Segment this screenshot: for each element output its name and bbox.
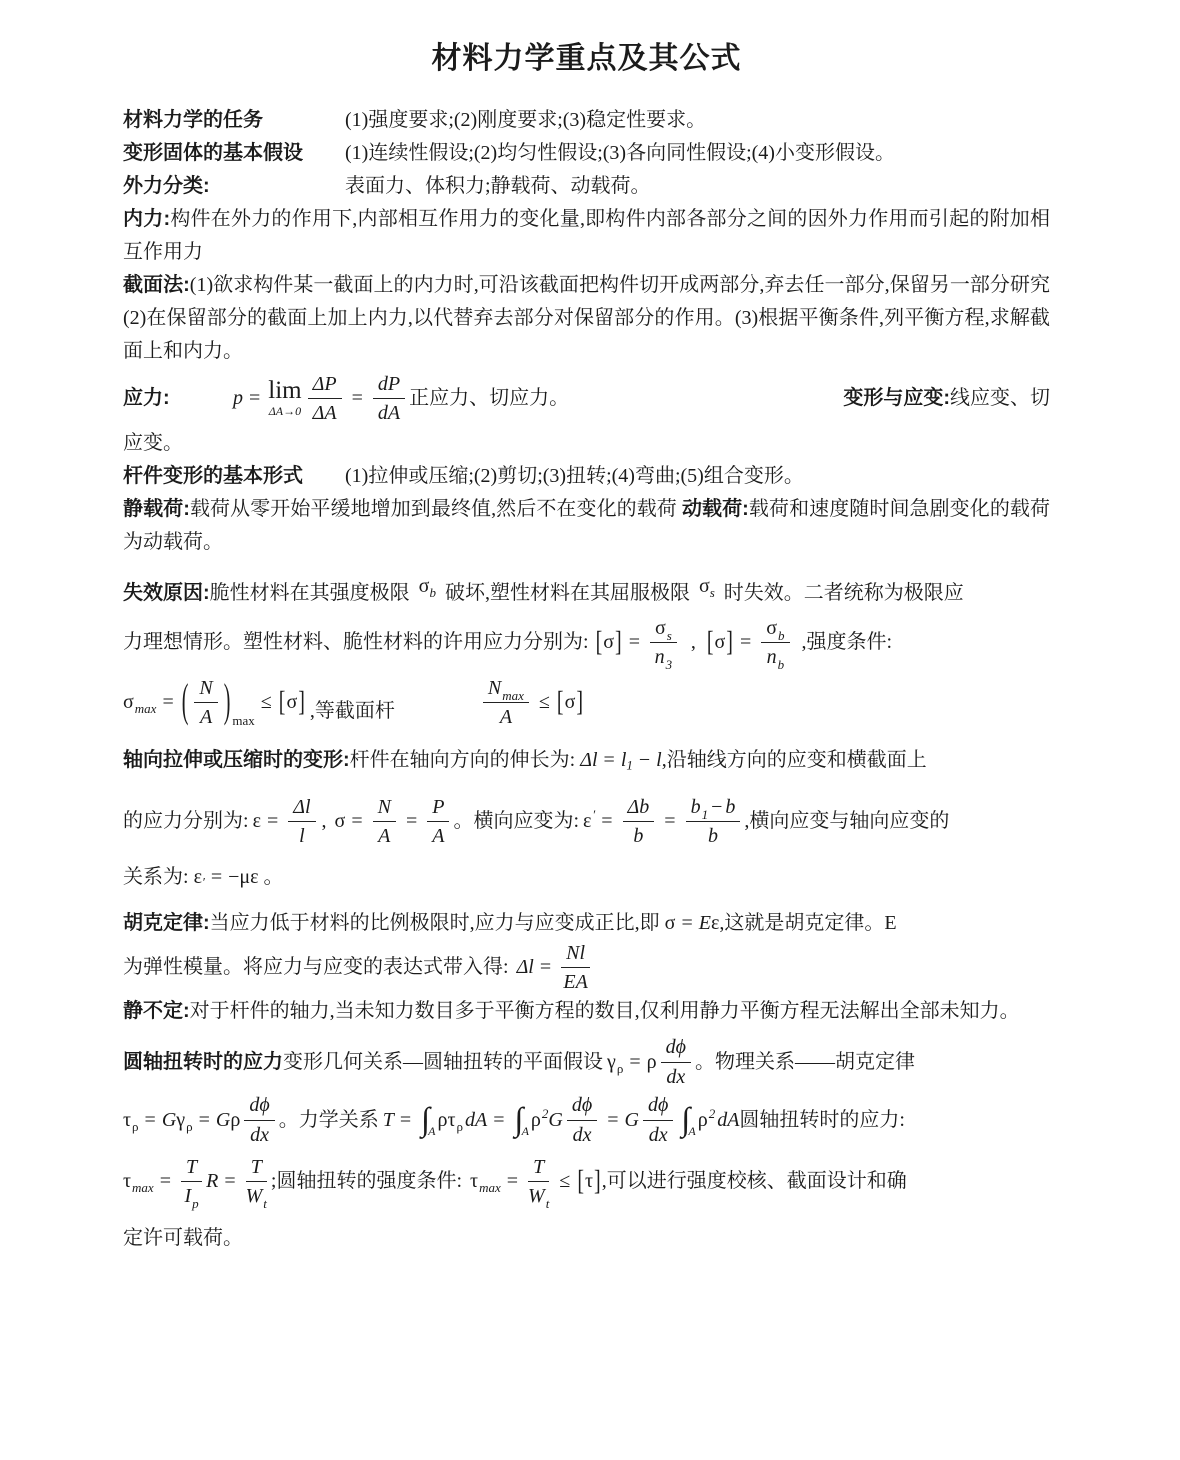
- math-token: G: [216, 1104, 230, 1137]
- text-run: 的应力分别为:: [123, 805, 249, 838]
- math-token: σ: [714, 626, 725, 659]
- denominator: b: [633, 822, 643, 847]
- math-token: σ: [419, 575, 430, 597]
- fraction: T Wt: [246, 1156, 267, 1208]
- math-token: ρτ: [438, 1104, 456, 1137]
- math-token: P: [432, 796, 444, 818]
- math-token: N: [488, 677, 501, 699]
- math-token: ′: [202, 875, 205, 890]
- math-token: ρ: [531, 1104, 541, 1137]
- numerator: T: [528, 1156, 549, 1182]
- math-token: E: [699, 912, 711, 934]
- fraction: σs n3: [650, 617, 677, 669]
- formula-tau-rho: τρ = Gγρ = Gρ dϕ dx: [123, 1094, 279, 1146]
- math-token: l: [299, 825, 305, 847]
- fraction: T Ip: [181, 1156, 202, 1208]
- term-text: (1)连续性假设;(2)均匀性假设;(3)各向同性假设;(4)小变形假设。: [345, 137, 895, 170]
- math-token: Δl: [517, 951, 534, 984]
- math-token: A: [432, 825, 444, 847]
- term-label: 应力:: [123, 382, 233, 415]
- numerator: Nmax: [483, 677, 529, 703]
- math-token: ρ: [230, 1104, 240, 1137]
- denominator: nb: [767, 643, 785, 668]
- axial-strain-line: 的应力分别为: ε = Δl l , σ = N A = P A 。横向应变为:: [123, 796, 1050, 848]
- formula-sigma-b: σb: [419, 570, 436, 604]
- denominator: dA: [378, 399, 400, 424]
- denominator: b: [708, 822, 718, 847]
- math-token: Δb: [628, 796, 650, 818]
- term-label: 外力分类:: [123, 170, 345, 203]
- math-token: =: [249, 382, 260, 415]
- formula-epsilon-prime: ε′ = Δb b = b1−b b: [583, 796, 744, 848]
- fraction: T Wt: [528, 1156, 549, 1208]
- math-token: 1: [702, 808, 709, 823]
- denominator: EA: [563, 968, 587, 993]
- numerator: T: [181, 1156, 202, 1182]
- math-token: Δl: [580, 749, 597, 771]
- text-run: 变形几何关系—圆轴扭转的平面假设: [283, 1046, 603, 1079]
- math-token: T: [251, 1156, 262, 1178]
- term-text: (1)拉伸或压缩;(2)剪切;(3)扭转;(4)弯曲;(5)组合变形。: [345, 460, 804, 493]
- fraction: b1−b b: [686, 796, 741, 848]
- math-token: ρ: [698, 1104, 708, 1137]
- math-token: t: [546, 1197, 550, 1212]
- numerator: ΔP: [308, 373, 342, 399]
- math-token: b: [778, 658, 785, 673]
- numerator: b1−b: [686, 796, 741, 822]
- fraction: dϕ dx: [661, 1036, 691, 1088]
- math-token: n: [767, 646, 777, 668]
- math-token: T: [186, 1156, 197, 1178]
- math-token: =: [400, 1104, 411, 1137]
- denominator: A: [200, 703, 212, 728]
- math-token: =: [740, 626, 751, 659]
- math-token: W: [246, 1185, 263, 1207]
- term-text: (1)强度要求;(2)刚度要求;(3)稳定性要求。: [345, 104, 706, 137]
- math-token: ]: [576, 679, 583, 727]
- term-label: 胡克定律:: [123, 912, 210, 934]
- definition-row-tasks: 材料力学的任务 (1)强度要求;(2)刚度要求;(3)稳定性要求。: [123, 104, 1050, 137]
- math-token: σ: [665, 912, 676, 934]
- text-run: ,: [322, 805, 327, 838]
- formula-stress-limit: p = lim ΔA→0 ΔP ΔA = dP dA: [233, 373, 409, 425]
- fraction: dϕ dx: [244, 1094, 274, 1146]
- math-token: ]: [726, 619, 733, 667]
- math-token: −: [639, 749, 650, 771]
- math-token: EA: [563, 971, 587, 993]
- math-token: R: [206, 1165, 218, 1198]
- fraction: ΔP ΔA: [308, 373, 342, 425]
- numerator: N: [194, 677, 217, 703]
- math-token: dx: [573, 1124, 592, 1146]
- numerator: dϕ: [661, 1036, 691, 1062]
- math-token: ΔP: [313, 373, 337, 395]
- math-token: max: [132, 1171, 154, 1204]
- term-text: 表面力、体积力;静载荷、动载荷。: [345, 170, 651, 203]
- math-token: 2: [709, 1097, 716, 1130]
- paragraph-loads: 静载荷:载荷从零开始平缓地增加到最终值,然后不在变化的载荷 动载荷:载荷和速度随…: [123, 493, 1050, 559]
- text-run: 杆件在轴向方向的伸长为:: [350, 749, 581, 771]
- math-token: ρ: [647, 1046, 657, 1079]
- denominator: A: [432, 822, 444, 847]
- stress-formula-line: 应力: p = lim ΔA→0 ΔP ΔA = dP dA 正应力、切应力。 …: [123, 373, 1050, 425]
- definition-row-external-forces: 外力分类: 表面力、体积力;静载荷、动载荷。: [123, 170, 1050, 203]
- paragraph-strain-relation: 关系为: ε′=−με 。: [123, 861, 1050, 898]
- math-token: τ: [123, 1165, 131, 1198]
- math-token: γ: [176, 1104, 185, 1137]
- math-token: T: [533, 1156, 544, 1178]
- math-token: dx: [666, 1066, 685, 1088]
- term-label: 变形固体的基本假设: [123, 137, 345, 170]
- math-token: 3: [666, 658, 673, 673]
- formula-gamma-rho: γρ = ρ dϕ dx: [607, 1036, 695, 1088]
- math-token: ≤: [559, 1165, 570, 1198]
- math-token: ≤: [261, 686, 272, 719]
- math-token: =: [162, 686, 173, 719]
- fraction: dϕ dx: [643, 1094, 673, 1146]
- math-token: b: [691, 796, 701, 818]
- math-token: t: [263, 1197, 267, 1212]
- math-token: p: [192, 1197, 199, 1212]
- math-token: s: [710, 585, 715, 600]
- math-token: dP: [378, 373, 400, 395]
- numerator: Δl: [288, 796, 315, 822]
- torsion-strength-line: τmax = T Ip R = T Wt ;圆轴扭转的强度条件: τmax = …: [123, 1156, 1050, 1208]
- formula-sigma-s: σs: [699, 570, 715, 604]
- math-token: ΔA→0: [269, 405, 301, 418]
- text-run: ,可以进行强度校核、截面设计和确: [602, 1165, 907, 1198]
- formula-epsilon: ε = Δl l: [253, 796, 320, 848]
- document-page: 材料力学重点及其公式 材料力学的任务 (1)强度要求;(2)刚度要求;(3)稳定…: [0, 0, 1180, 1460]
- denominator: A: [500, 703, 512, 728]
- formula-poisson: ε′=−με: [194, 866, 259, 888]
- math-token: ]: [298, 679, 305, 727]
- math-token: =: [145, 1104, 156, 1137]
- math-token: τ: [123, 1104, 131, 1137]
- formula-allowable-brittle: [σ] = σb nb: [706, 617, 794, 669]
- text-run: ,等截面杆: [310, 695, 395, 728]
- math-token: Nl: [566, 942, 585, 964]
- math-token: ρ: [457, 1110, 464, 1143]
- formula-delta-l: Δl=l1−l: [580, 749, 661, 771]
- numerator: dϕ: [643, 1094, 673, 1120]
- denominator: dx: [666, 1063, 685, 1088]
- math-token: =: [351, 805, 362, 838]
- math-token: b: [633, 825, 643, 847]
- math-token: N: [199, 677, 212, 699]
- paragraph-last: 定许可载荷。: [123, 1222, 1050, 1255]
- math-token: σ: [766, 617, 777, 639]
- numerator: dϕ: [567, 1094, 597, 1120]
- definition-row-assumptions: 变形固体的基本假设 (1)连续性假设;(2)均匀性假设;(3)各向同性假设;(4…: [123, 137, 1050, 170]
- denominator: Ip: [184, 1182, 198, 1207]
- paragraph-hooke: 胡克定律:当应力低于材料的比例极限时,应力与应变成正比,即 σ=Eε,这就是胡克…: [123, 907, 1050, 940]
- formula-allowable-plastic: [σ] = σs n3: [595, 617, 681, 669]
- math-token: =: [664, 805, 675, 838]
- math-token: σ: [335, 805, 346, 838]
- fraction: dϕ dx: [567, 1094, 597, 1146]
- math-token: σ: [123, 686, 134, 719]
- fraction: Nl EA: [561, 942, 590, 994]
- text-run: 载荷从零开始平缓地增加到最终值,然后不在变化的载荷: [190, 498, 682, 520]
- denominator: dx: [573, 1121, 592, 1146]
- definition-row-rod-deformation: 杆件变形的基本形式 (1)拉伸或压缩;(2)剪切;(3)扭转;(4)弯曲;(5)…: [123, 460, 1050, 493]
- math-token: A: [522, 1115, 529, 1148]
- math-token: G: [162, 1104, 176, 1137]
- math-token: A: [500, 706, 512, 728]
- math-token: ′: [592, 798, 595, 831]
- fraction: σb nb: [761, 617, 789, 669]
- strength-condition-line: σmax = ( N A ) max ≤ [σ] ,等截面杆 Nmax A ≤ …: [123, 677, 1050, 729]
- numerator: Nl: [561, 942, 590, 968]
- math-token: ≤: [539, 686, 550, 719]
- math-token: −με: [228, 866, 258, 888]
- fraction: P A: [427, 796, 449, 848]
- math-token: ]: [594, 1158, 601, 1206]
- text-run: ,横向应变与轴向应变的: [744, 805, 949, 838]
- term-text: 构件在外力的作用下,内部相互作用力的变化量,即构件内部各部分之间的因外力作用而引…: [123, 208, 1050, 263]
- math-token: ): [224, 664, 231, 742]
- math-token: dx: [250, 1124, 269, 1146]
- math-token: A: [688, 1115, 695, 1148]
- math-token: 1: [626, 758, 633, 773]
- math-token: σ: [565, 686, 576, 719]
- formula-torque-integral: T = ∫A ρτρ dA = ∫A ρ2 G dϕ dx = G dϕ dx …: [383, 1094, 740, 1146]
- page-title: 材料力学重点及其公式: [123, 38, 1050, 80]
- denominator: Wt: [528, 1182, 549, 1207]
- paragraph-section-method: 截面法:(1)欲求构件某一截面上的内力时,可沿该截面把构件切开成两部分,弃去任一…: [123, 269, 1050, 368]
- math-token: dA: [465, 1104, 487, 1137]
- math-token: ρ: [132, 1110, 139, 1143]
- term-label: 动载荷:: [682, 498, 749, 520]
- limit-block: lim ΔA→0: [268, 379, 301, 418]
- math-token: max: [479, 1171, 501, 1204]
- math-token: =: [352, 382, 363, 415]
- torsion-mechanics-line: τρ = Gγρ = Gρ dϕ dx 。力学关系 T = ∫A ρτρ dA …: [123, 1094, 1050, 1146]
- math-token: b: [725, 796, 735, 818]
- denominator: n3: [655, 643, 673, 668]
- math-token: dϕ: [572, 1094, 592, 1116]
- formula-uniform-bar: Nmax A ≤ [σ]: [479, 677, 584, 729]
- text-run: 关系为:: [123, 866, 194, 888]
- math-token: lim: [268, 379, 301, 403]
- text-run: 应变。: [123, 427, 1050, 460]
- math-token: ε: [583, 805, 591, 838]
- math-token: A: [378, 825, 390, 847]
- text-run: 正应力、切应力。: [409, 382, 569, 415]
- math-token: [: [577, 1158, 584, 1206]
- term-label: 轴向拉伸或压缩时的变形:: [123, 749, 350, 771]
- math-token: Δl: [293, 796, 310, 818]
- math-token: =: [493, 1104, 504, 1137]
- fraction: dP dA: [373, 373, 405, 425]
- allowable-stress-line: 力理想情形。塑性材料、脆性材料的许用应力分别为: [σ] = σs n3 , […: [123, 617, 1050, 669]
- math-token: ]: [615, 619, 622, 667]
- math-token: =: [681, 912, 692, 934]
- text-run: 脆性材料在其强度极限: [210, 582, 415, 604]
- fraction: N A: [194, 677, 217, 729]
- numerator: T: [246, 1156, 267, 1182]
- math-token: =: [211, 866, 222, 888]
- term-label: 材料力学的任务: [123, 104, 345, 137]
- math-token: =: [601, 805, 612, 838]
- math-token: max: [502, 689, 524, 704]
- math-token: =: [406, 805, 417, 838]
- math-token: σ: [286, 686, 297, 719]
- numerator: dϕ: [244, 1094, 274, 1120]
- term-label: 变形与应变:: [843, 382, 950, 415]
- numerator: σb: [761, 617, 789, 643]
- paragraph-indeterminate: 静不定:对于杆件的轴力,当未知力数目多于平衡方程的数目,仅利用静力平衡方程无法解…: [123, 995, 1050, 1028]
- math-token: =: [267, 805, 278, 838]
- math-token: N: [378, 796, 391, 818]
- denominator: A: [378, 822, 390, 847]
- formula-sigma: σ = N A = P A: [335, 796, 454, 848]
- term-label: 截面法:: [123, 274, 190, 296]
- denominator: Wt: [246, 1182, 267, 1207]
- math-token: G: [625, 1104, 639, 1137]
- formula-torsion-strength: τmax = T Wt ≤ [τ]: [470, 1156, 602, 1208]
- math-token: dA: [717, 1104, 739, 1137]
- fraction: Δb b: [623, 796, 655, 848]
- term-text: 对于杆件的轴力,当未知力数目多于平衡方程的数目,仅利用静力平衡方程无法解出全部未…: [190, 1000, 1020, 1022]
- torsion-geometry-line: 圆轴扭转时的应力 变形几何关系—圆轴扭转的平面假设 γρ = ρ dϕ dx 。…: [123, 1036, 1050, 1088]
- math-token: b: [429, 585, 436, 600]
- math-token: ρ: [617, 1052, 624, 1085]
- text-run: ,强度条件:: [802, 626, 893, 659]
- denominator: l: [299, 822, 305, 847]
- term-label: 内力:: [123, 208, 170, 230]
- math-token: b: [708, 825, 718, 847]
- text-run: 破坏,塑性材料在其屈服极限: [440, 582, 695, 604]
- fraction: Nmax A: [483, 677, 529, 729]
- math-token: ε: [253, 805, 261, 838]
- math-token: (: [182, 664, 189, 742]
- math-token: [: [557, 679, 564, 727]
- math-token: p: [233, 382, 243, 415]
- math-token: T: [383, 1104, 394, 1137]
- text-run: 。: [259, 866, 284, 888]
- term-label: 静载荷:: [123, 498, 190, 520]
- math-token: σ: [699, 575, 710, 597]
- math-token: [: [279, 679, 286, 727]
- text-run: 为弹性模量。将应力与应变的表达式带入得:: [123, 951, 509, 984]
- fraction: Δl l: [288, 796, 315, 848]
- denominator: ΔA: [313, 399, 337, 424]
- term-label: 失效原因:: [123, 582, 210, 604]
- text-run: 时失效。二者统称为极限应: [719, 582, 964, 604]
- formula-hooke: σ=Eε: [665, 912, 720, 934]
- math-token: =: [160, 1165, 171, 1198]
- text-run: 线应变、切: [950, 382, 1050, 415]
- math-token: τ: [585, 1165, 593, 1198]
- math-token: =: [199, 1104, 210, 1137]
- math-token: dA: [378, 402, 400, 424]
- text-run: ,: [691, 626, 696, 659]
- text-run: ,沿轴线方向的应变和横截面上: [662, 749, 927, 771]
- fraction: N A: [373, 796, 396, 848]
- math-token: n: [655, 646, 665, 668]
- term-text: (1)欲求构件某一截面上的内力时,可沿该截面把构件切开成两部分,弃去任一部分,保…: [123, 274, 1050, 362]
- paragraph-failure: 失效原因:脆性材料在其强度极限 σb 破坏,塑性材料在其屈服极限 σs 时失效。…: [123, 577, 1050, 611]
- math-token: ρ: [186, 1110, 193, 1143]
- term-label: 圆轴扭转时的应力: [123, 1046, 283, 1079]
- math-token: γ: [607, 1046, 616, 1079]
- text-run: ,这就是胡克定律。E: [719, 912, 896, 934]
- math-token: [: [596, 619, 603, 667]
- math-token: =: [607, 1104, 618, 1137]
- numerator: σs: [650, 617, 677, 643]
- text-run: 。物理关系——胡克定律: [695, 1046, 915, 1079]
- math-token: max: [232, 704, 254, 737]
- math-token: =: [629, 626, 640, 659]
- denominator: dx: [250, 1121, 269, 1146]
- paragraph-internal-force: 内力:构件在外力的作用下,内部相互作用力的变化量,即构件内部各部分之间的因外力作…: [123, 203, 1050, 269]
- text-run: ;圆轴扭转的强度条件:: [271, 1165, 462, 1198]
- hooke-substitution-line: 为弹性模量。将应力与应变的表达式带入得: Δl = Nl EA: [123, 942, 1050, 994]
- math-token: A: [428, 1115, 435, 1148]
- math-token: τ: [470, 1165, 478, 1198]
- math-token: max: [135, 692, 157, 725]
- formula-tau-max: τmax = T Ip R = T Wt: [123, 1156, 271, 1208]
- text-run: 力理想情形。塑性材料、脆性材料的许用应力分别为:: [123, 626, 589, 659]
- math-token: =: [540, 951, 551, 984]
- math-token: dϕ: [249, 1094, 269, 1116]
- math-token: σ: [603, 626, 614, 659]
- numerator: Δb: [623, 796, 655, 822]
- math-token: 2: [542, 1097, 549, 1130]
- math-token: W: [528, 1185, 545, 1207]
- math-token: =: [507, 1165, 518, 1198]
- formula-delta-l-full: Δl = Nl EA: [517, 942, 594, 994]
- text-run: 圆轴扭转时的应力:: [739, 1104, 905, 1137]
- math-token: I: [184, 1185, 191, 1207]
- denominator: dx: [649, 1121, 668, 1146]
- math-token: −: [711, 796, 722, 818]
- term-label: 杆件变形的基本形式: [123, 460, 345, 493]
- math-token: =: [224, 1165, 235, 1198]
- paragraph-axial-deformation: 轴向拉伸或压缩时的变形:杆件在轴向方向的伸长为: Δl=l1−l,沿轴线方向的应…: [123, 744, 1050, 781]
- math-token: G: [548, 1104, 562, 1137]
- text-run: 当应力低于材料的比例极限时,应力与应变成正比,即: [210, 912, 665, 934]
- math-token: dx: [649, 1124, 668, 1146]
- math-token: ΔA: [313, 402, 337, 424]
- math-token: A: [200, 706, 212, 728]
- math-token: dϕ: [666, 1036, 686, 1058]
- math-token: ε: [194, 866, 202, 888]
- term-label: 静不定:: [123, 1000, 190, 1022]
- math-token: s: [667, 629, 672, 644]
- math-token: dϕ: [648, 1094, 668, 1116]
- text-run: 。横向应变为:: [453, 805, 579, 838]
- math-token: =: [629, 1046, 640, 1079]
- numerator: dP: [373, 373, 405, 399]
- math-token: [: [707, 619, 714, 667]
- numerator: P: [427, 796, 449, 822]
- math-token: σ: [655, 617, 666, 639]
- numerator: N: [373, 796, 396, 822]
- math-token: b: [778, 629, 785, 644]
- formula-sigma-max: σmax = ( N A ) max ≤ [σ]: [123, 677, 306, 729]
- text-run: 。力学关系: [279, 1104, 379, 1137]
- math-token: =: [604, 749, 615, 771]
